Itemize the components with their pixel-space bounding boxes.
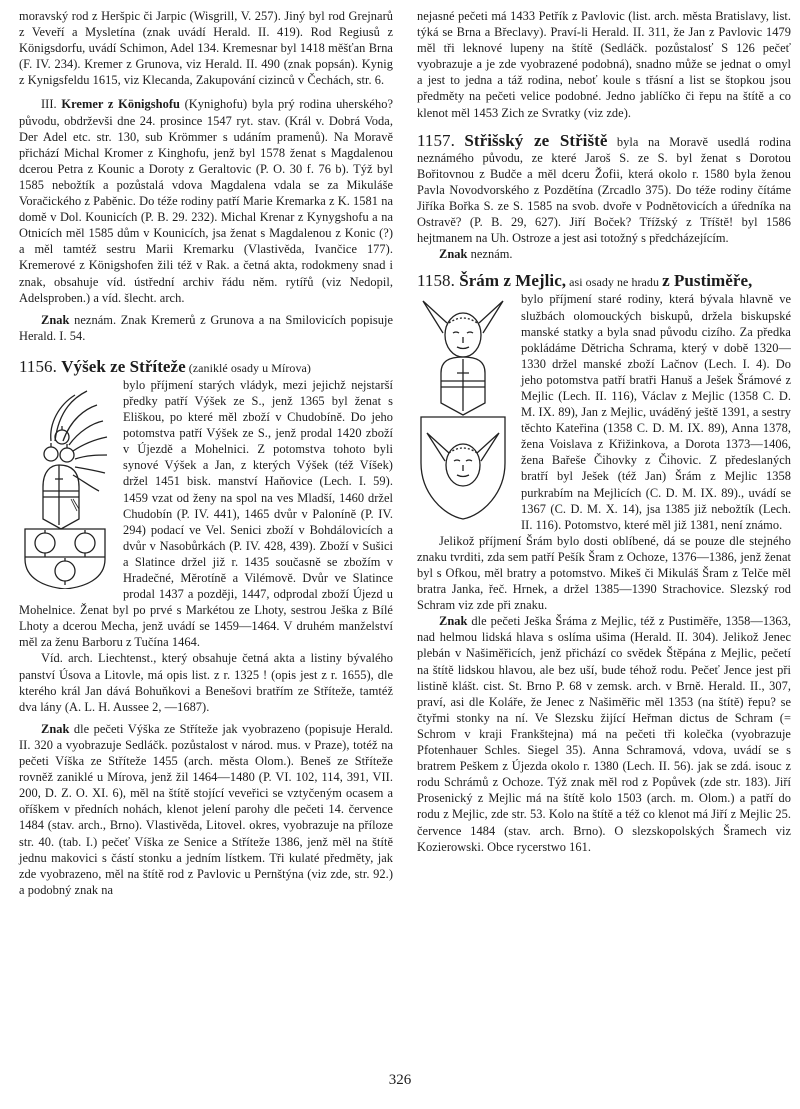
section-iii-title: Kremer z Königshofu bbox=[61, 97, 180, 111]
entry-number: 1158. bbox=[417, 271, 455, 290]
znak-text: dle pečeti Výška ze Stříteže jak vyobraz… bbox=[19, 722, 393, 897]
entry-text: byla na Moravě usedlá rodina neznámého p… bbox=[417, 135, 791, 246]
entry-1157: 1157. Střišský ze Střiště byla na Moravě… bbox=[417, 133, 791, 263]
entry-number: 1156. bbox=[19, 357, 57, 376]
entry-subtitle: asi osady ne hradu bbox=[566, 275, 662, 289]
entry-1158-heading: 1158. Šrám z Mejlic, asi osady ne hradu … bbox=[417, 272, 791, 291]
continuation-paragraph: nejasné pečeti má 1433 Petřík z Pavlovic… bbox=[417, 8, 791, 121]
coat-of-arms-head-with-ears-icon bbox=[413, 293, 513, 523]
entry-1158-znak: Znak dle pečeti Ješka Šráma z Mejlic, té… bbox=[417, 613, 791, 854]
entry-number: 1157. bbox=[417, 131, 455, 150]
section-iii-prefix: III. bbox=[41, 97, 57, 111]
entry-1158-paragraph-2: Jelikož příjmení Šrám bylo dosti oblíben… bbox=[417, 533, 791, 613]
znak-label: Znak bbox=[41, 722, 69, 736]
entry-name: Šrám z Mejlic, bbox=[459, 271, 566, 290]
coat-of-arms-helmet-feathers-icon bbox=[15, 379, 115, 589]
entry-1156: 1156. Výšek ze Stříteže (zaniklé osady u… bbox=[19, 358, 393, 898]
section-iii-paragraph: III. Kremer z Königshofu (Kynighofu) byl… bbox=[19, 96, 393, 305]
entry-name: Výšek ze Stříteže bbox=[61, 357, 186, 376]
entry-name-2: z Pustiměře, bbox=[662, 271, 752, 290]
entry-1157-znak: Znak neznám. bbox=[417, 246, 791, 262]
entry-name: Střišský ze Střiště bbox=[464, 131, 607, 150]
left-column: moravský rod z Heršpic či Jarpic (Wisgri… bbox=[19, 8, 393, 898]
page-number: 326 bbox=[0, 1072, 800, 1089]
section-iii-text: (Kynighofu) byla prý rodina uherského? p… bbox=[19, 97, 393, 304]
znak-label: Znak bbox=[439, 247, 467, 261]
intro-paragraph: moravský rod z Heršpic či Jarpic (Wisgri… bbox=[19, 8, 393, 88]
znak-label: Znak bbox=[439, 614, 467, 628]
entry-subtitle: (zaniklé osady u Mírova) bbox=[186, 361, 311, 375]
section-iii-znak: Znak neznám. Znak Kremerů z Grunova a na… bbox=[19, 312, 393, 344]
entry-1156-heading: 1156. Výšek ze Stříteže (zaniklé osady u… bbox=[19, 358, 393, 377]
entry-1156-archive: Víd. arch. Liechtenst., který obsahuje č… bbox=[19, 650, 393, 714]
coat-of-arms-1158 bbox=[413, 293, 513, 523]
right-column: nejasné pečeti má 1433 Petřík z Pavlovic… bbox=[417, 8, 791, 855]
znak-label: Znak bbox=[41, 313, 69, 327]
znak-text: neznám. Znak Kremerů z Grunova a na Smil… bbox=[19, 313, 393, 343]
coat-of-arms-1156 bbox=[15, 379, 115, 589]
znak-text: dle pečeti Ješka Šráma z Mejlic, též z P… bbox=[417, 614, 791, 853]
entry-1158: 1158. Šrám z Mejlic, asi osady ne hradu … bbox=[417, 272, 791, 854]
znak-text: neznám. bbox=[467, 247, 512, 261]
entry-1156-znak: Znak dle pečeti Výška ze Stříteže jak vy… bbox=[19, 721, 393, 898]
entry-1157-paragraph: 1157. Střišský ze Střiště byla na Moravě… bbox=[417, 133, 791, 247]
